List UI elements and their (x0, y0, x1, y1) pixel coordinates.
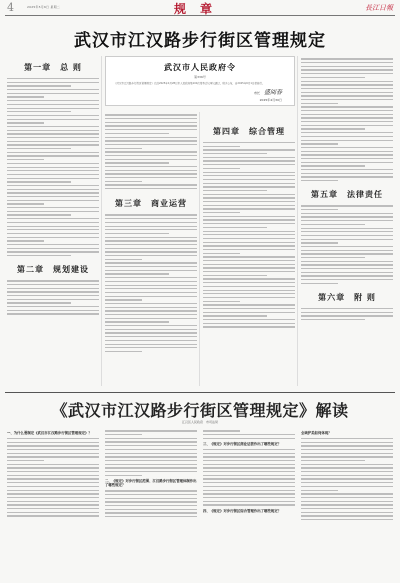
decree-signature: 市长 盛阅春 (254, 87, 282, 96)
page-title: 武汉市江汉路步行街区管理规定 (0, 26, 400, 51)
chapter-heading: 第六章 附 则 (301, 292, 393, 303)
column-1: 第一章 总 则 第二章 规划建设 (7, 56, 99, 317)
question-heading: 三、《规定》对步行街区商业运营作出了哪些规定？ (203, 442, 295, 447)
chapter-heading: 第一章 总 则 (7, 62, 99, 73)
question-heading: 二、《规定》对步行街区范围、江汉路步行街区管理体制作出了哪些规定？ (105, 479, 197, 488)
decree-body: 《武汉市江汉路步行街区管理规定》已经2025年4月28日市人民政府第104次常务… (114, 82, 286, 86)
interp-column-4: 全域护美如何体现？ (301, 428, 393, 523)
decree-date: 2025年4月30日 (260, 98, 282, 102)
question-heading: 一、为什么要制定《武汉市江汉路步行街区管理规定》？ (7, 431, 99, 436)
column-4: 第五章 法律责任 第六章 附 则 (301, 56, 393, 323)
signer-role: 市长 (254, 91, 260, 95)
column-2: 第三章 商业运营 (105, 112, 197, 355)
government-decree-box: 武汉市人民政府令 第336号 《武汉市江汉路步行街区管理规定》已经2025年4月… (105, 56, 295, 106)
decree-title: 武汉市人民政府令 (106, 62, 294, 73)
interp-column-1: 一、为什么要制定《武汉市江汉路步行街区管理规定》？ (7, 428, 99, 519)
chapter-heading: 第三章 商业运营 (105, 198, 197, 209)
interp-column-2: 二、《规定》对步行街区范围、江汉路步行街区管理体制作出了哪些规定？ (105, 428, 197, 520)
interpretation-title: 《武汉市江汉路步行街区管理规定》解读 (0, 398, 400, 421)
column-3: 第四章 综合管理 (203, 120, 295, 330)
interp-column-3: 三、《规定》对步行街区商业运营作出了哪些规定？ 四、《规定》对步行街区综合管理作… (203, 428, 295, 515)
question-heading: 四、《规定》对步行街区综合管理作出了哪些规定？ (203, 509, 295, 514)
question-heading: 全域护美如何体现？ (301, 431, 393, 436)
signer-name: 盛阅春 (264, 89, 282, 96)
newspaper-logo: 長江日報 (365, 3, 393, 13)
decree-number: 第336号 (106, 75, 294, 79)
chapter-heading: 第五章 法律责任 (301, 189, 393, 200)
interpretation-byline: 江汉区人民政府 市司法局 (0, 420, 400, 424)
newspaper-page: 4 2025年5月6日 星期二 规章 長江日報 武汉市江汉路步行街区管理规定 第… (0, 0, 400, 583)
masthead: 4 2025年5月6日 星期二 规章 長江日報 (5, 0, 395, 16)
chapter-heading: 第二章 规划建设 (7, 264, 99, 275)
section-title: 规章 (5, 0, 395, 17)
chapter-heading: 第四章 综合管理 (203, 126, 295, 137)
